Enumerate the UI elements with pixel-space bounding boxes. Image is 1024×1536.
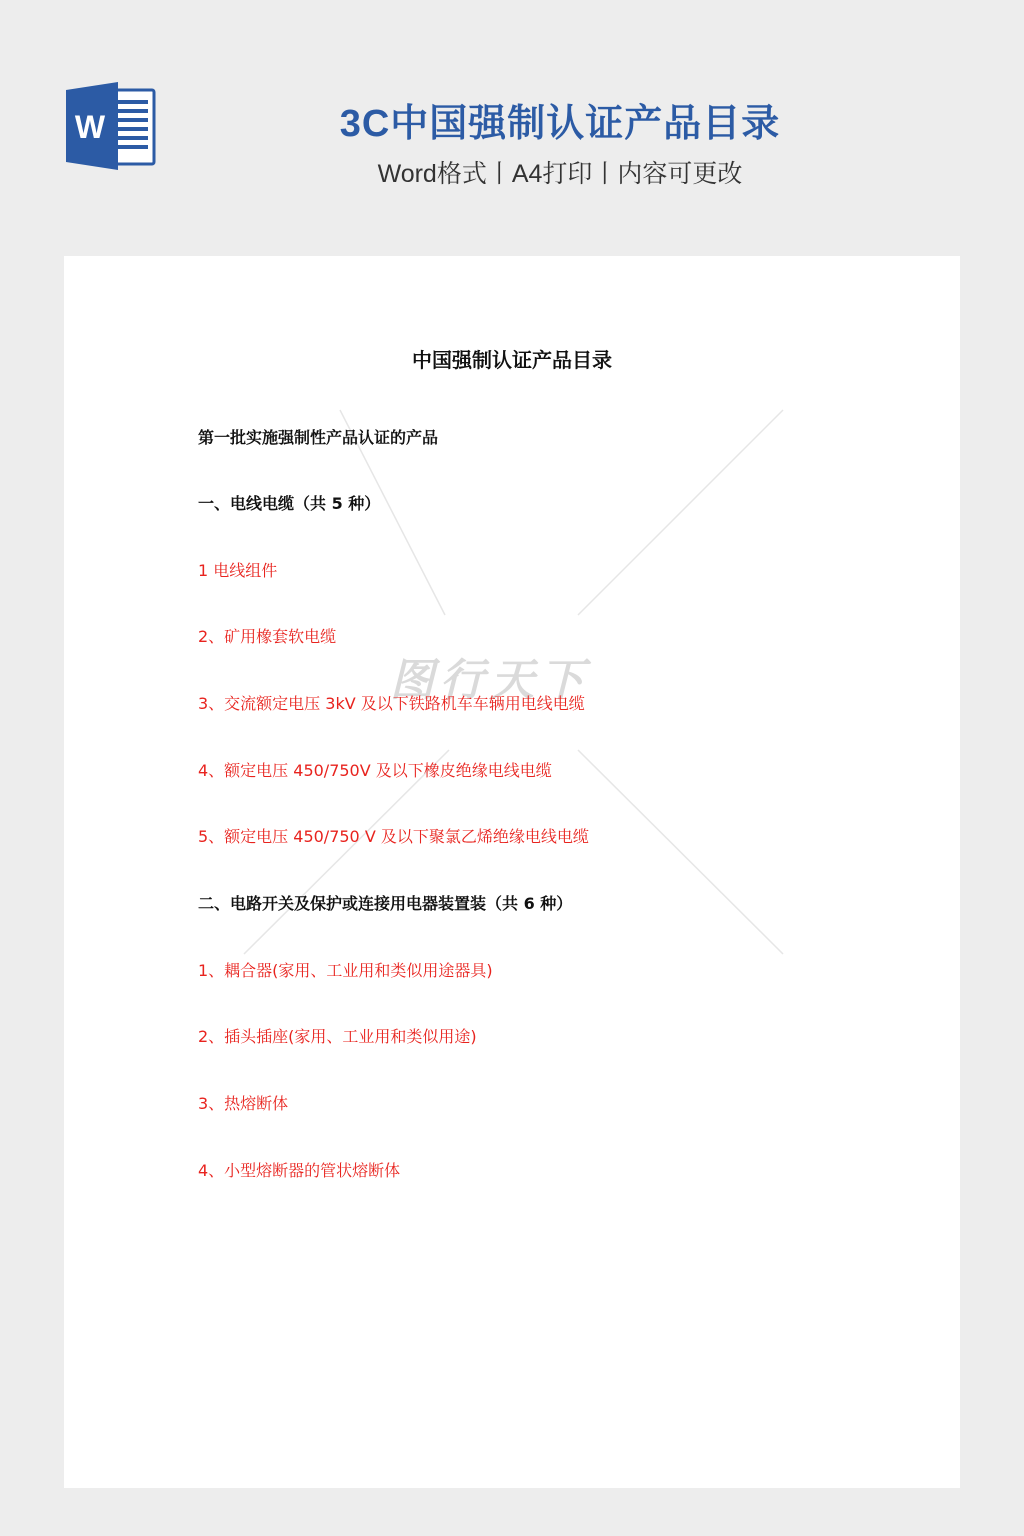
list-item: 2、插头插座(家用、工业用和类似用途) — [198, 1027, 477, 1047]
section-heading: 一、电线电缆（共 5 种） — [198, 494, 380, 514]
list-item: 2、矿用橡套软电缆 — [198, 627, 336, 647]
list-item: 1 电线组件 — [198, 561, 277, 581]
list-item: 3、交流额定电压 3kV 及以下铁路机车车辆用电线电缆 — [198, 694, 585, 714]
list-item: 4、额定电压 450/750V 及以下橡皮绝缘电线电缆 — [198, 761, 552, 781]
section-heading: 第一批实施强制性产品认证的产品 — [198, 428, 438, 448]
svg-text:W: W — [75, 109, 106, 145]
header-title: 3C中国强制认证产品目录 — [330, 92, 790, 147]
document-title: 中国强制认证产品目录 — [64, 344, 960, 373]
list-item: 4、小型熔断器的管状熔断体 — [198, 1161, 400, 1181]
list-item: 3、热熔断体 — [198, 1094, 288, 1114]
list-item: 1、耦合器(家用、工业用和类似用途器具) — [198, 961, 493, 981]
header-subtitle: Word格式丨A4打印丨内容可更改 — [330, 154, 790, 190]
word-document-icon: W — [64, 82, 156, 170]
list-item: 5、额定电压 450/750 V 及以下聚氯乙烯绝缘电线电缆 — [198, 827, 589, 847]
document-page: 图行天下 中国强制认证产品目录 第一批实施强制性产品认证的产品一、电线电缆（共 … — [64, 256, 960, 1488]
section-heading: 二、电路开关及保护或连接用电器装置装（共 6 种） — [198, 894, 572, 914]
